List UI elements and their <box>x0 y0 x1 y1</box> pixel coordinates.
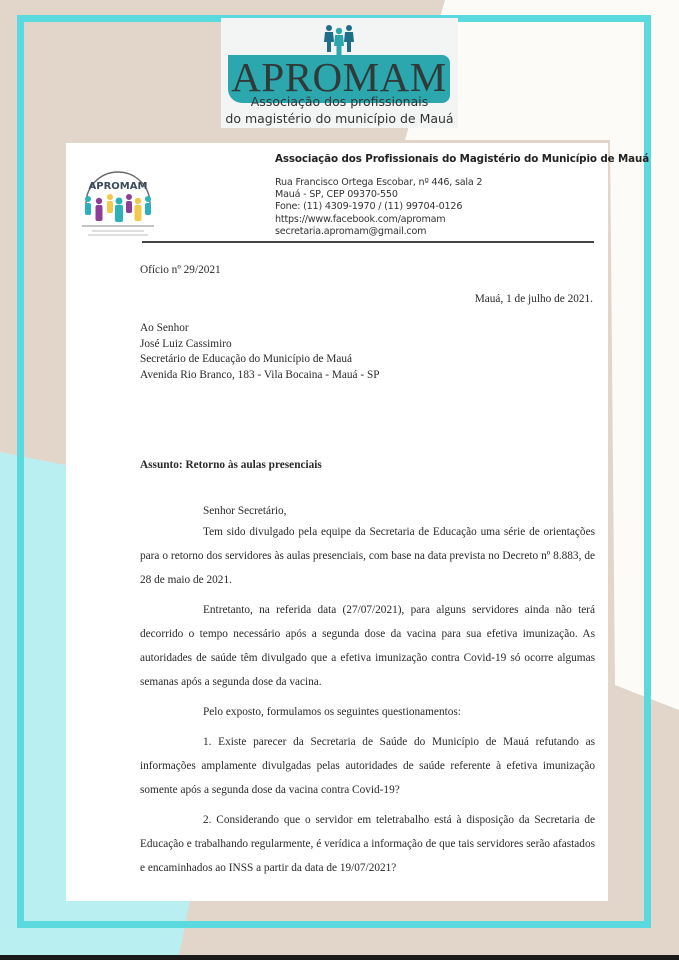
letterhead-address-line: Rua Francisco Ortega Escobar, nº 446, sa… <box>275 177 482 189</box>
letter-question-2: 2. Considerando que o servidor em teletr… <box>140 808 595 880</box>
letter-addressee: Ao Senhor José Luiz Cassimiro Secretário… <box>140 321 380 383</box>
apromam-logo-card: APROMAM Associação dos profissionais do … <box>221 18 458 128</box>
letter-paragraph: Pelo exposto, formulamos os seguintes qu… <box>140 700 595 724</box>
addressee-line: Ao Senhor <box>140 321 380 337</box>
letterhead-facebook-link[interactable]: https://www.facebook.com/apromam <box>275 214 482 226</box>
logo-subtitle-line-2: do magistério do município de Mauá <box>221 110 458 127</box>
letter-reference: Ofício nº 29/2021 <box>140 264 221 276</box>
letterhead-divider <box>142 241 594 243</box>
apromam-letterhead-logo: APROMAM <box>78 156 158 241</box>
letter-document: APROMAM Associação dos Profissionais do … <box>66 143 608 901</box>
letterhead-logo-acronym: APROMAM <box>89 181 148 192</box>
letterhead-organization: Associação dos Profissionais do Magistér… <box>275 153 649 165</box>
letter-question-1: 1. Existe parecer da Secretaria de Saúde… <box>140 730 595 802</box>
screen-edge <box>0 955 679 960</box>
people-group-icon <box>85 194 151 222</box>
letterhead-email-link[interactable]: secretaria.apromam@gmail.com <box>275 226 482 238</box>
addressee-title: Secretário de Educação do Município de M… <box>140 352 380 368</box>
letter-body: Senhor Secretário, Tem sido divulgado pe… <box>140 502 595 886</box>
letter-place-date: Mauá, 1 de julho de 2021. <box>475 293 593 305</box>
logo-subtitle: Associação dos profissionais do magistér… <box>221 93 458 127</box>
letter-subject: Assunto: Retorno às aulas presenciais <box>140 459 322 471</box>
letterhead-address: Rua Francisco Ortega Escobar, nº 446, sa… <box>275 177 482 238</box>
letter-paragraph: Tem sido divulgado pela equipe da Secret… <box>140 520 595 592</box>
addressee-address: Avenida Rio Branco, 183 - Vila Bocaina -… <box>140 368 380 384</box>
letterhead-phone: Fone: (11) 4309-1970 / (11) 99704-0126 <box>275 201 482 213</box>
addressee-name: José Luiz Cassimiro <box>140 337 380 353</box>
letter-paragraph: Entretanto, na referida data (27/07/2021… <box>140 598 595 694</box>
letter-salutation: Senhor Secretário, <box>140 502 595 520</box>
logo-subtitle-line-1: Associação dos profissionais <box>221 93 458 110</box>
letterhead-address-line: Mauá - SP, CEP 09370-550 <box>275 189 482 201</box>
